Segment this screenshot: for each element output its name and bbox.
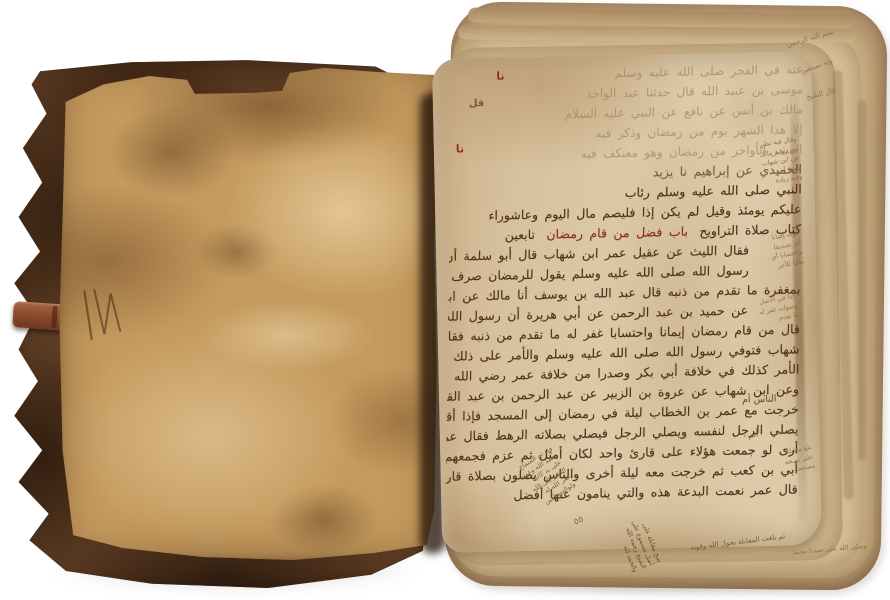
red-margin-mark: نا [456,142,465,155]
fore-edge-streak-2 [858,100,866,460]
strap-slot [51,306,58,328]
margin-mark: قل [469,98,485,109]
manuscript-photograph: عنه في الفجر صلى الله عليه وسلم موسى بن … [0,0,890,600]
red-margin-mark: نا [496,70,505,83]
incised-mark [80,282,132,345]
side-note: الناس أم [742,393,777,405]
side-note-small: أتم [747,429,759,440]
heading-red-rubric: باب فضل من قام رمضان [546,224,688,242]
heading-post: تابعين [505,227,535,243]
